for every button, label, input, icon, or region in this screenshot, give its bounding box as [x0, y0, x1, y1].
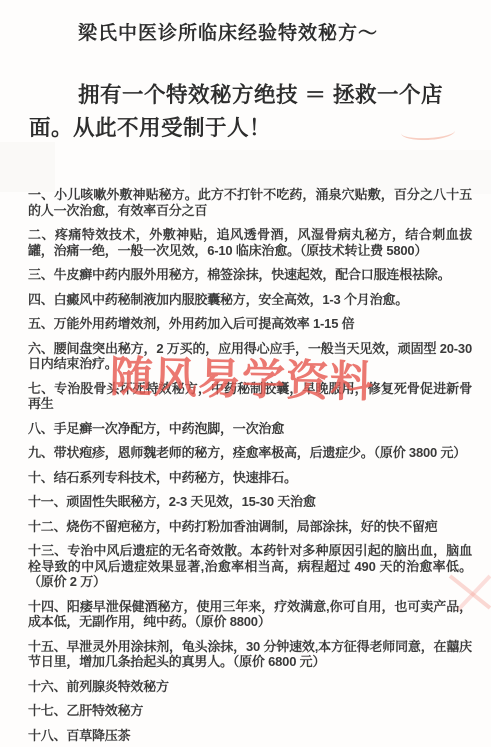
list-item: 七、专治股骨头坏死特效秘方，中药秘制胶囊，早晚服用，修复死骨促进新骨再生 [28, 381, 472, 412]
document-page: 梁氏中医诊所临床经验特效秘方～ 拥有一个特效秘方绝技 ＝ 拯救一个店面。从此不用… [0, 0, 491, 747]
list-item: 一、小儿咳嗽外敷神贴秘方。此方不打针不吃药，涌泉穴贴敷，百分之八十五的人一次治愈… [28, 187, 472, 218]
list-item: 九、带状疱疹，恩师魏老师的秘方，痊愈率极高，后遗症少。（原价 3800 元） [28, 445, 472, 461]
page-title: 梁氏中医诊所临床经验特效秘方～ [78, 18, 378, 45]
list-item: 十二、烧伤不留疤秘方，中药打粉加香油调制，局部涂抹，好的快不留疤 [28, 519, 472, 535]
list-item: 十四、阳痿早泄保健酒秘方，使用三年来，疗效满意,你可自用，也可卖产品，成本低，无… [28, 599, 472, 630]
list-item: 十一、顽固性失眠秘方，2-3 天见效，15-30 天治愈 [28, 494, 472, 510]
list-item: 十、结石系列专科技术，中药秘方，快速排石。 [28, 470, 472, 486]
list-item: 二、疼痛特效技术，外敷神贴，追风透骨酒，风湿骨病丸秘方，结合刺血拔罐，治痛一绝，… [28, 227, 472, 258]
list-item: 十七、乙肝特效秘方 [28, 703, 472, 719]
scan-texture-patch [0, 142, 55, 192]
list-item: 四、白癜风中药秘制液加内服胶囊秘方，安全高效，1-3 个月治愈。 [28, 292, 472, 308]
list-item: 十五、早泄灵外用涂抹剂，龟头涂抹，30 分钟速效,本方征得老师同意，在囍庆节日里… [28, 639, 472, 670]
list-item: 五、万能外用药增效剂，外用药加入后可提高效率 1-15 倍 [28, 316, 472, 332]
remedy-list: 一、小儿咳嗽外敷神贴秘方。此方不打针不吃药，涌泉穴贴敷，百分之八十五的人一次治愈… [28, 187, 472, 747]
list-item: 三、牛皮癣中药内服外用秘方，棉签涂抹，快速起效，配合口服连根祛除。 [28, 267, 472, 283]
list-item: 八、手足癣一次净配方，中药泡脚，一次治愈 [28, 421, 472, 437]
list-item: 十六、前列腺炎特效秘方 [28, 679, 472, 695]
list-item: 六、腰间盘突出秘方，2 万买的，应用得心应手，一般当天见效，顽固型 20-30 … [28, 341, 472, 372]
faint-watermark-x-artifact [448, 572, 491, 612]
list-item: 十八、百草降压茶 [28, 728, 472, 744]
list-item: 十三、专治中风后遗症的无名奇效散。本药针对多种原因引起的脑出血，脑血栓导致的中风… [28, 543, 472, 590]
